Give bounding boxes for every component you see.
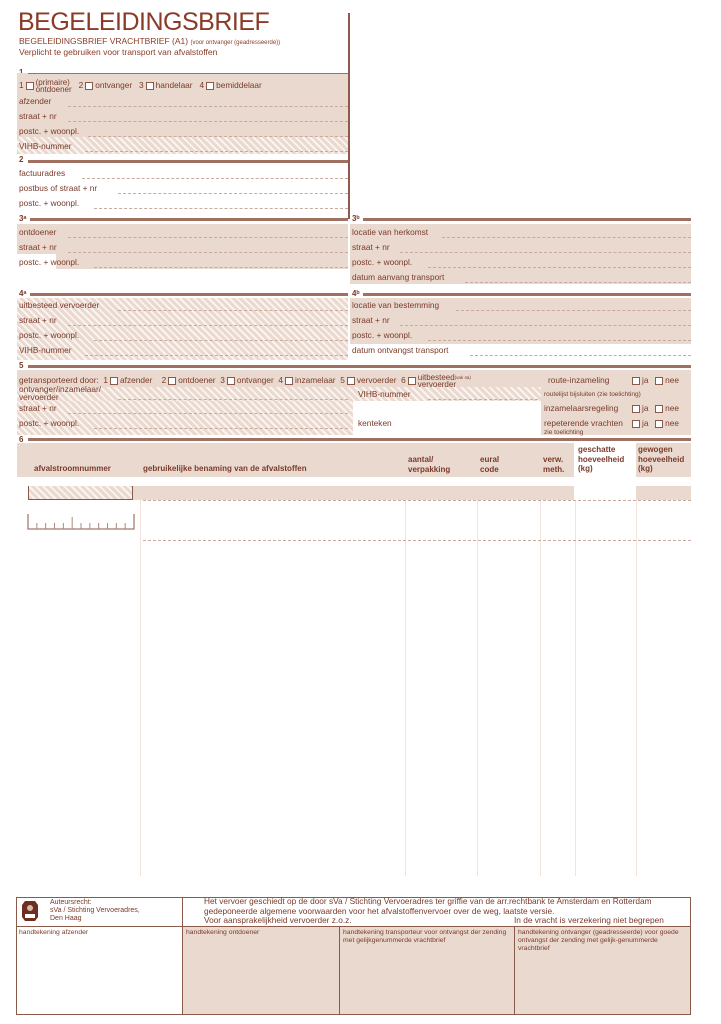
col-header-line: (kg)	[638, 464, 653, 473]
section-2-rule	[28, 160, 348, 163]
col-header-line: meth.	[543, 465, 564, 474]
terms-line: gedeponeerde algemene voorwaarden voor h…	[204, 906, 554, 916]
carrier-label-bottom: vervoerder	[19, 392, 59, 402]
opt-label: ontvanger	[95, 80, 132, 90]
col-header-gewogen: gewogenhoeveelheid(kg)	[638, 445, 684, 474]
field-herkomst-input[interactable]	[442, 237, 691, 238]
section-4a-number: 4ᵃ	[19, 289, 26, 298]
footer-vdivider	[339, 927, 340, 1015]
opt-num: 1	[103, 375, 108, 385]
checkbox-repeterend-ja[interactable]	[632, 420, 640, 428]
no-label: nee	[665, 375, 679, 385]
checkbox-afzender[interactable]	[110, 377, 118, 385]
col-line	[575, 500, 576, 876]
col-header-benaming: gebruikelijke benaming van de afvalstoff…	[143, 464, 307, 474]
section-2-number: 2	[19, 155, 23, 164]
checkbox-inzamelaar[interactable]	[285, 377, 293, 385]
section-4a-rule	[30, 293, 348, 296]
field-herkomst-label: locatie van herkomst	[352, 227, 428, 237]
no-label: nee	[665, 403, 679, 413]
field-ontdoener-label: ontdoener	[19, 227, 56, 237]
opt-label: inzamelaar	[295, 375, 336, 385]
opt-label: afzender	[120, 375, 152, 385]
col-line	[540, 500, 541, 876]
checkbox-repeterend-nee[interactable]	[655, 420, 663, 428]
field-afzender-label: afzender	[19, 96, 51, 106]
col-line	[405, 500, 406, 876]
field-3a-straat-input[interactable]	[68, 252, 348, 253]
section-1-rule	[28, 73, 348, 74]
section-5-number: 5	[19, 361, 23, 370]
opt-num: 4	[200, 80, 205, 90]
field-5-postc-input[interactable]	[94, 428, 348, 429]
field-aanvang-input[interactable]	[465, 282, 691, 283]
field-3a-postc-label: postc. + woonpl.	[19, 257, 79, 267]
question-repeterend-note: zie toelichting	[544, 428, 583, 438]
section-4b-number: 4ᵇ	[352, 289, 360, 298]
field-4b-postc-label: postc. + woonpl.	[352, 330, 412, 340]
field-vihb-label: VIHB-nummer	[19, 141, 72, 151]
footer-vdivider	[514, 927, 515, 1015]
field-5-vihb-input[interactable]	[428, 399, 538, 400]
col-header-line: hoeveelheid	[578, 455, 624, 464]
field-4b-straat-input[interactable]	[400, 325, 691, 326]
col-line	[636, 500, 637, 876]
opt-label: bemiddelaar	[216, 80, 262, 90]
yes-label: ja	[642, 375, 648, 385]
field-ontvangst-input[interactable]	[470, 355, 691, 356]
col-header-line: geschatte	[578, 445, 615, 454]
checkbox-route-ja[interactable]	[632, 377, 640, 385]
col-line	[477, 500, 478, 876]
no-label: nee	[665, 418, 679, 428]
field-3a-straat-label: straat + nr	[19, 242, 57, 252]
terms-line: Het vervoer geschiedt op de door sVa / S…	[204, 896, 652, 906]
field-4a-straat-label: straat + nr	[19, 315, 57, 325]
field-uitbesteed-label: uitbesteed vervoerder	[19, 300, 99, 310]
subtitle-text: BEGELEIDINGSBRIEF VRACHTBRIEF (A1)	[19, 36, 188, 46]
field-aanvang-label: datum aanvang transport	[352, 272, 444, 282]
field-3b-straat-input[interactable]	[400, 252, 691, 253]
col-line	[140, 500, 141, 876]
field-postbus-label: postbus of straat + nr	[19, 183, 97, 193]
opt-label: ontvanger	[237, 375, 274, 385]
subtitle-note: (voor ontvanger (geadresseerde))	[190, 40, 280, 46]
section-1-options: 1(primaire)ontdoener 2ontvanger 3handela…	[19, 79, 262, 93]
field-5-straat-label: straat + nr	[19, 403, 57, 413]
afvalstroomnummer-input-2[interactable]	[27, 514, 135, 530]
opt-num: 2	[79, 80, 84, 90]
form-subtitle: BEGELEIDINGSBRIEF VRACHTBRIEF (A1) (voor…	[19, 36, 280, 46]
col-header-line: verpakking	[408, 465, 450, 474]
copyright-line: Den Haag	[50, 915, 82, 922]
yes-label: ja	[642, 403, 648, 413]
table-row-1-bg	[133, 486, 574, 500]
opt-label-bottom: vervoerder	[418, 380, 456, 389]
question-repeterend-answers: ja nee	[630, 418, 679, 428]
col-header-eural: euralcode	[480, 455, 499, 474]
opt-num: 6	[401, 375, 406, 385]
yes-label: ja	[642, 418, 648, 428]
signature-ontdoener[interactable]: handtekening ontdoener	[186, 929, 336, 937]
signature-transporteur[interactable]: handtekening transporteur voor ontvangst…	[343, 929, 509, 945]
section-5-rule	[28, 365, 691, 368]
field-5-vihb-label: VIHB-nummer	[358, 389, 411, 399]
field-postc-input[interactable]	[88, 136, 348, 137]
opt-num: 3	[139, 80, 144, 90]
form-title: BEGELEIDINGSBRIEF	[18, 8, 269, 37]
question-route-answers: ja nee	[630, 375, 679, 385]
col-header-line: (kg)	[578, 464, 593, 473]
opt-label-bottom: ontdoener	[36, 85, 72, 94]
col-header-line: gewogen	[638, 445, 673, 454]
table-row-1-line[interactable]	[143, 500, 691, 501]
question-route: route-inzameling	[548, 375, 609, 385]
field-afzender-input[interactable]	[68, 106, 348, 107]
afvalstroomnummer-input-1[interactable]	[28, 486, 133, 500]
field-carrier-label: ontvanger/inzamelaar/vervoerder	[19, 385, 101, 401]
q-label: route-inzameling	[548, 375, 609, 385]
field-4a-postc-label: postc. + woonpl.	[19, 330, 79, 340]
field-4a-straat-input[interactable]	[68, 325, 348, 326]
terms-line: Voor aansprakelijkheid vervoerder z.o.z.	[204, 915, 352, 925]
question-route-note: routelijst bijsluiten (zie toelichting)	[544, 390, 641, 400]
question-inzamelaarsregeling: inzamelaarsregeling	[544, 403, 618, 413]
opt-num: 1	[19, 80, 24, 90]
opt-label: (primaire)ontdoener	[36, 79, 72, 93]
field-4a-postc-input[interactable]	[94, 340, 348, 341]
field-postbus-input[interactable]	[118, 193, 348, 194]
checkbox-primaire-ontdoener[interactable]	[26, 82, 34, 90]
copyright-line: Auteursrecht:	[50, 899, 92, 906]
signature-ontvanger[interactable]: handtekening ontvanger (geadresseerde) v…	[518, 929, 686, 953]
insurance-text: In de vracht is verzekering niet begrepe…	[514, 916, 664, 926]
signature-afzender[interactable]: handtekening afzender	[19, 929, 179, 937]
field-bestemming-label: locatie van bestemming	[352, 300, 439, 310]
copyright-line: sVa / Stichting Vervoeradres,	[50, 907, 140, 914]
field-4a-vihb-label: VIHB-nummer	[19, 345, 72, 355]
checkbox-ontvanger[interactable]	[85, 82, 93, 90]
col-header-afvalstroomnummer: afvalstroomnummer	[34, 464, 111, 474]
field-ontvangst-label: datum ontvangst transport	[352, 345, 448, 355]
section-3a-bg	[17, 224, 348, 254]
checkbox-ontvanger-5[interactable]	[227, 377, 235, 385]
field-factuuradres-input[interactable]	[82, 178, 348, 179]
field-5-straat-input[interactable]	[68, 413, 348, 414]
col-header-line: eural	[480, 455, 499, 464]
field-ontdoener-input[interactable]	[68, 237, 348, 238]
field-postc-label: postc. + woonpl.	[19, 126, 79, 136]
form-description: Verplicht te gebruiken voor transport va…	[19, 47, 217, 57]
opt-num: 4	[278, 375, 283, 385]
checkbox-inzamelaar-ja[interactable]	[632, 405, 640, 413]
field-straat-input[interactable]	[68, 121, 348, 122]
section-6-rule	[28, 438, 691, 441]
question-inzamelaar-answers: ja nee	[630, 403, 679, 413]
field-uitbesteed-input[interactable]	[118, 310, 348, 311]
opt-num: 3	[220, 375, 225, 385]
col-header-geschat: geschattehoeveelheid(kg)	[578, 445, 624, 474]
table-row-2-line[interactable]	[143, 540, 691, 541]
col-header-line: aantal/	[408, 455, 433, 464]
field-3b-straat-label: straat + nr	[352, 242, 390, 252]
field-3a-postc-input[interactable]	[94, 267, 348, 268]
opt-note: (vak 4a)	[455, 375, 471, 380]
checkbox-inzamelaar-nee[interactable]	[655, 405, 663, 413]
opt-label: uitbesteed(vak 4a)vervoerder	[418, 374, 471, 388]
copyright-text: Auteursrecht:sVa / Stichting Vervoeradre…	[50, 899, 140, 923]
column-divider	[348, 13, 350, 219]
checkbox-bemiddelaar[interactable]	[206, 82, 214, 90]
section-3b-rule	[363, 218, 691, 221]
field-4b-straat-label: straat + nr	[352, 315, 390, 325]
field-4a-vihb-input[interactable]	[85, 355, 348, 356]
opt-label: vervoerder	[357, 375, 397, 385]
field-vihb-input[interactable]	[85, 151, 348, 152]
field-4b-postc-input[interactable]	[428, 340, 691, 341]
opt-num: 5	[340, 375, 345, 385]
field-bestemming-input[interactable]	[456, 310, 691, 311]
checkbox-route-nee[interactable]	[655, 377, 663, 385]
section-3a-number: 3ᵃ	[19, 214, 26, 223]
checkbox-uitbesteed-vervoerder[interactable]	[408, 377, 416, 385]
section-3b-number: 3ᵇ	[352, 214, 360, 223]
question-repeterend: repeterende vrachten	[544, 418, 623, 428]
field-straat-label: straat + nr	[19, 111, 57, 121]
checkbox-ontdoener[interactable]	[168, 377, 176, 385]
section-3a-rule	[30, 218, 348, 221]
checkbox-handelaar[interactable]	[146, 82, 154, 90]
checkbox-vervoerder[interactable]	[347, 377, 355, 385]
field-kenteken-label: kenteken	[358, 418, 392, 428]
field-3b-postc-label: postc. + woonpl.	[352, 257, 412, 267]
col-header-line: hoeveelheid	[638, 455, 684, 464]
field-postc2-input[interactable]	[94, 208, 348, 209]
col-header-aantal: aantal/verpakking	[408, 455, 450, 474]
section-4b-rule	[363, 293, 691, 296]
table-row-1-bg2	[636, 486, 691, 500]
opt-num: 2	[162, 375, 167, 385]
field-postc2-label: postc. + woonpl.	[19, 198, 79, 208]
col-header-line: code	[480, 465, 499, 474]
field-carrier-input[interactable]	[118, 399, 348, 400]
col-header-verw: verw.meth.	[543, 455, 564, 474]
field-factuuradres-label: factuuradres	[19, 168, 65, 178]
sva-logo-icon	[21, 900, 39, 922]
opt-label: handelaar	[156, 80, 193, 90]
col-header-line: verw.	[543, 455, 563, 464]
opt-label: ontdoener	[178, 375, 215, 385]
field-5-postc-label: postc. + woonpl.	[19, 418, 79, 428]
field-3b-postc-input[interactable]	[428, 267, 691, 268]
